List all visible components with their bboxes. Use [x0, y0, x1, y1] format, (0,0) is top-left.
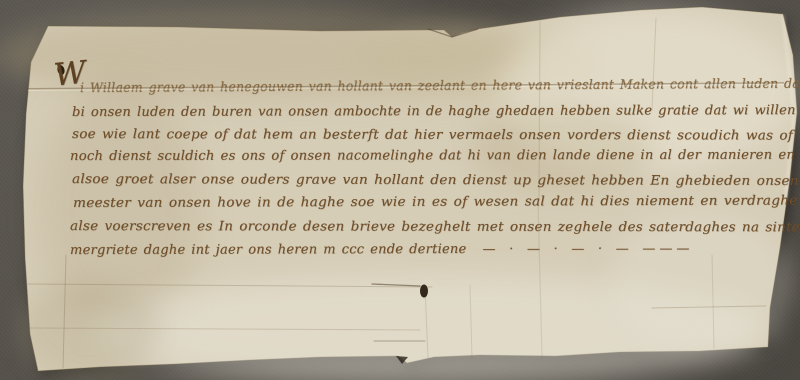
manuscript-line-3: soe wie lant coepe of dat hem an besterf… [72, 127, 793, 144]
manuscript-line-8: mergriete daghe int jaer ons heren m ccc… [70, 241, 693, 258]
photo-canvas: W i Willaem grave van henegouwen van hol… [0, 0, 800, 380]
manuscript-line-4: noch dienst sculdich es ons of onsen nac… [70, 148, 795, 164]
manuscript-line-2: bi onsen luden den buren van onsen amboc… [72, 103, 800, 120]
line-filler-flourish: — · — · — · — ——— [482, 241, 693, 257]
manuscript-line-5: alsoe groet alser onse ouders grave van … [72, 172, 799, 189]
manuscript-line-8-text: mergriete daghe int jaer ons heren m ccc… [70, 242, 467, 258]
manuscript-line-1: i Willaem grave van henegouwen van holla… [80, 77, 800, 96]
manuscript-line-7: alse voerscreven es In orconde desen bri… [70, 219, 800, 235]
manuscript-text: W i Willaem grave van henegouwen van hol… [0, 0, 800, 380]
manuscript-line-6: meester van onsen hove in de haghe soe w… [73, 193, 798, 211]
